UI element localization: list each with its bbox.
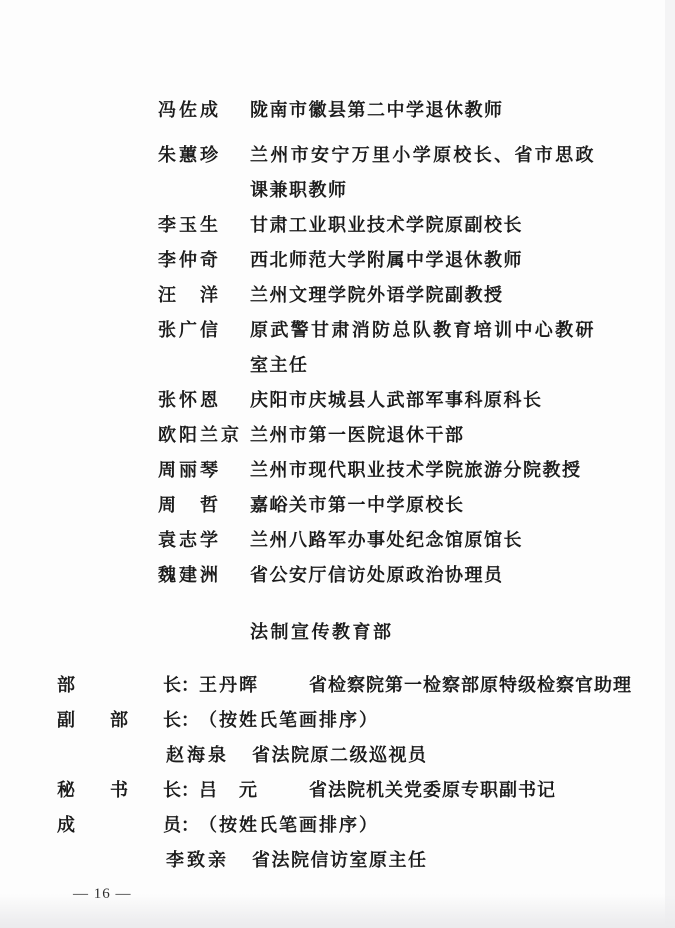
officer-title-label: 部长 [57, 668, 181, 703]
colon-separator: ： [181, 668, 199, 703]
member-row: 李玉生 甘肃工业职业技术学院原副校长 [0, 208, 675, 243]
member-row: 袁志学 兰州八路军办事处纪念馆原馆长 [0, 523, 675, 558]
officer-desc [379, 703, 675, 738]
bottom-edge-shade [0, 894, 675, 928]
member-row: 汪 洋 兰州文理学院外语学院副教授 [0, 278, 675, 313]
member-desc: 兰州市现代职业技术学院旅游分院教授 [250, 453, 595, 488]
scanned-document-page: 冯佐成 陇南市徽县第二中学退休教师 朱蕙珍 兰州市安宁万里小学原校长、省市思政课… [0, 0, 675, 928]
officer-title-label: 秘书长 [57, 773, 181, 808]
right-edge-shade [665, 0, 675, 928]
officers-block: 部长 ： 王丹晖 省检察院第一检察部原特级检察官助理 副部长 ： （按姓氏笔画排… [0, 668, 675, 878]
member-name: 魏建洲 [158, 558, 250, 593]
member-name: 张广信 [158, 313, 250, 383]
member-desc: 兰州八路军办事处纪念馆原馆长 [250, 523, 595, 558]
member-name: 冯佐成 [158, 93, 250, 128]
officer-desc [379, 808, 675, 843]
officer-row: 成员 ： （按姓氏笔画排序） [0, 808, 675, 843]
member-name: 李致亲 [166, 843, 252, 878]
member-name: 袁志学 [158, 523, 250, 558]
member-desc: 兰州文理学院外语学院副教授 [250, 278, 595, 313]
officer-row: 部长 ： 王丹晖 省检察院第一检察部原特级检察官助理 [0, 668, 675, 703]
member-desc: 甘肃工业职业技术学院原副校长 [250, 208, 595, 243]
officer-row: 副部长 ： （按姓氏笔画排序） [0, 703, 675, 738]
member-name: 周丽琴 [158, 453, 250, 488]
member-desc: 原武警甘肃消防总队教育培训中心教研室主任 [250, 313, 595, 383]
officer-member-row: 李致亲 省法院信访室原主任 [0, 843, 675, 878]
member-name: 朱蕙珍 [158, 138, 250, 208]
officer-member-row: 赵海泉 省法院原二级巡视员 [0, 738, 675, 773]
officer-title-label: 成员 [57, 808, 181, 843]
member-row: 李仲奇 西北师范大学附属中学退休教师 [0, 243, 675, 278]
member-name: 汪 洋 [158, 278, 250, 313]
member-row: 张怀恩 庆阳市庆城县人武部军事科原科长 [0, 383, 675, 418]
sort-note: （按姓氏笔画排序） [199, 808, 379, 843]
member-desc: 庆阳市庆城县人武部军事科原科长 [250, 383, 595, 418]
member-desc: 兰州市安宁万里小学原校长、省市思政课兼职教师 [250, 138, 595, 208]
member-desc: 兰州市第一医院退休干部 [250, 418, 595, 453]
member-name: 周 哲 [158, 488, 250, 523]
member-name: 李玉生 [158, 208, 250, 243]
member-row: 朱蕙珍 兰州市安宁万里小学原校长、省市思政课兼职教师 [0, 138, 675, 208]
member-desc: 陇南市徽县第二中学退休教师 [250, 93, 595, 128]
member-desc: 省法院原二级巡视员 [252, 738, 597, 773]
colon-separator: ： [181, 773, 199, 808]
member-desc: 省法院信访室原主任 [252, 843, 597, 878]
member-row: 魏建洲 省公安厅信访处原政治协理员 [0, 558, 675, 593]
member-desc: 西北师范大学附属中学退休教师 [250, 243, 595, 278]
member-row: 周丽琴 兰州市现代职业技术学院旅游分院教授 [0, 453, 675, 488]
colon-separator: ： [181, 703, 199, 738]
officer-desc: 省检察院第一检察部原特级检察官助理 [309, 668, 645, 703]
member-name: 赵海泉 [166, 738, 252, 773]
member-desc: 省公安厅信访处原政治协理员 [250, 558, 595, 593]
member-name: 欧阳兰京 [158, 418, 250, 453]
member-name: 张怀恩 [158, 383, 250, 418]
member-row: 欧阳兰京 兰州市第一医院退休干部 [0, 418, 675, 453]
member-desc: 嘉峪关市第一中学原校长 [250, 488, 595, 523]
officer-title-label: 副部长 [57, 703, 181, 738]
member-row: 张广信 原武警甘肃消防总队教育培训中心教研室主任 [0, 313, 675, 383]
member-row: 冯佐成 陇南市徽县第二中学退休教师 [0, 93, 675, 128]
section-title: 法制宣传教育部 [250, 615, 675, 650]
officer-name: 王丹晖 [199, 668, 309, 703]
sort-note: （按姓氏笔画排序） [199, 703, 379, 738]
officer-desc: 省法院机关党委原专职副书记 [309, 773, 645, 808]
colon-separator: ： [181, 808, 199, 843]
officer-name: 吕 元 [199, 773, 309, 808]
page-content: 冯佐成 陇南市徽县第二中学退休教师 朱蕙珍 兰州市安宁万里小学原校长、省市思政课… [0, 0, 675, 904]
member-name: 李仲奇 [158, 243, 250, 278]
member-row: 周 哲 嘉峪关市第一中学原校长 [0, 488, 675, 523]
officer-row: 秘书长 ： 吕 元 省法院机关党委原专职副书记 [0, 773, 675, 808]
